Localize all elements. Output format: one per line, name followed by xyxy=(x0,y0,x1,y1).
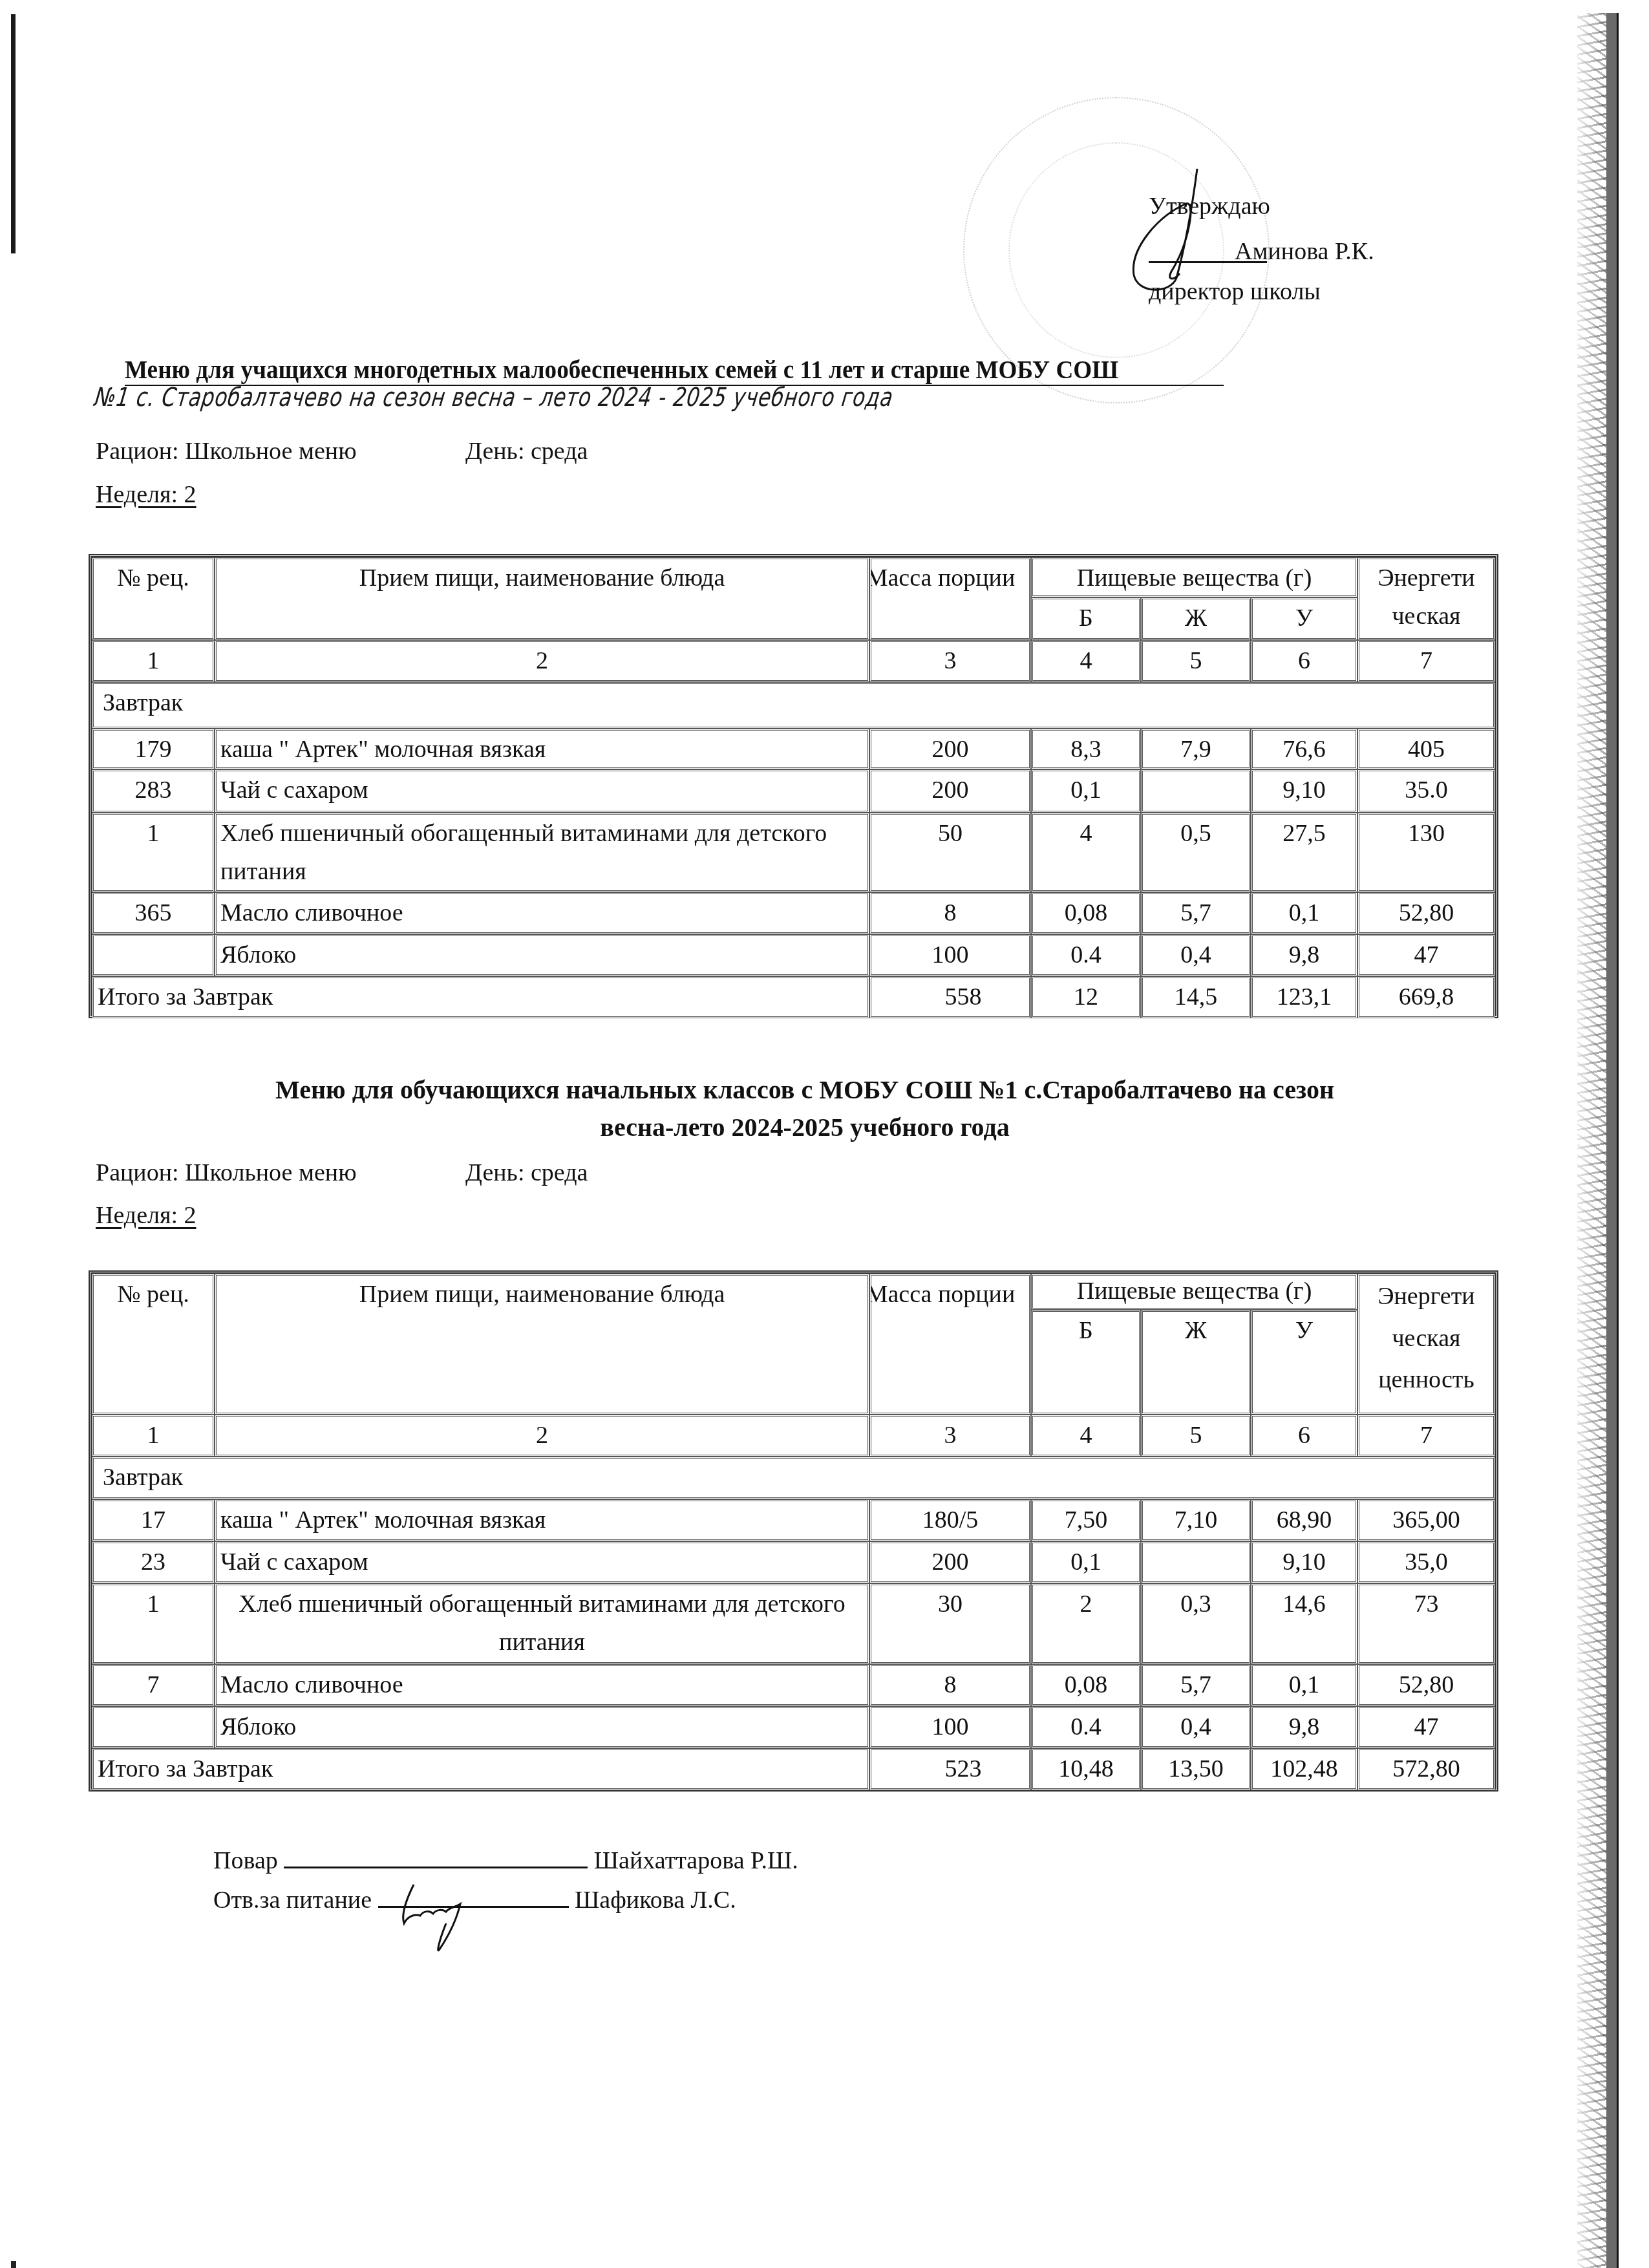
header-mass: Масса порции xyxy=(869,557,1031,640)
menu1-week: Неделя: 2 xyxy=(96,480,197,509)
cell-fat: 7,10 xyxy=(1141,1499,1251,1541)
scan-edge-left xyxy=(11,14,16,253)
header-nutrients: Пищевые вещества (г) xyxy=(1031,1274,1357,1310)
menu2-ration: Рацион: Школьное меню xyxy=(96,1159,357,1187)
cook-label: Повар xyxy=(213,1847,278,1874)
header-energy-line2: ческая xyxy=(1359,1318,1493,1360)
cell-fat: 0,3 xyxy=(1141,1583,1251,1664)
cell-mass: 8 xyxy=(869,892,1031,934)
header-carbs: У xyxy=(1251,597,1357,640)
cell-energy: 35,0 xyxy=(1357,1541,1495,1583)
cell-mass: 200 xyxy=(869,769,1031,813)
cell-dish: Яблоко xyxy=(215,1706,869,1748)
cook-signature-line xyxy=(284,1847,588,1868)
header-carbs: У xyxy=(1251,1310,1357,1415)
header-recipe-no: № рец. xyxy=(92,557,215,640)
cell-dish: Хлеб пшеничный обогащенный витаминами дл… xyxy=(215,1583,869,1664)
cell-recipe: 7 xyxy=(92,1664,215,1706)
col-number: 4 xyxy=(1031,640,1141,682)
col-number: 6 xyxy=(1251,1415,1357,1457)
cell-recipe xyxy=(92,1706,215,1748)
cell-dish: Чай с сахаром xyxy=(215,1541,869,1583)
col-number: 1 xyxy=(92,1415,215,1457)
cell-carbs: 0,1 xyxy=(1251,892,1357,934)
cell-recipe: 23 xyxy=(92,1541,215,1583)
header-recipe-no: № рец. xyxy=(92,1274,215,1415)
cell-recipe: 283 xyxy=(92,769,215,813)
cell-fat xyxy=(1141,769,1251,813)
total-carbs: 102,48 xyxy=(1251,1748,1357,1790)
cell-fat xyxy=(1141,1541,1251,1583)
header-nutrients: Пищевые вещества (г) xyxy=(1031,557,1357,597)
cell-carbs: 14,6 xyxy=(1251,1583,1357,1664)
cell-fat: 0,4 xyxy=(1141,934,1251,976)
cell-carbs: 9,8 xyxy=(1251,934,1357,976)
cell-protein: 0.4 xyxy=(1031,934,1141,976)
nutrition-name: Шафикова Л.С. xyxy=(575,1887,736,1914)
cell-dish: Масло сливочное xyxy=(215,892,869,934)
cell-protein: 2 xyxy=(1031,1583,1141,1664)
col-number: 2 xyxy=(215,640,869,682)
header-mass: Масса порции xyxy=(869,1274,1031,1415)
director-signature-icon xyxy=(1125,165,1215,301)
approval-name: Аминова Р.К. xyxy=(1235,239,1374,264)
menu1-ration: Рацион: Школьное меню xyxy=(96,437,357,465)
cell-protein: 8,3 xyxy=(1031,729,1141,769)
col-number: 1 xyxy=(92,640,215,682)
col-number: 5 xyxy=(1141,640,1251,682)
menu1-day: День: среда xyxy=(465,437,588,465)
menu2-title-line2: весна-лето 2024-2025 учебного года xyxy=(94,1112,1516,1142)
cell-carbs: 68,90 xyxy=(1251,1499,1357,1541)
col-number: 5 xyxy=(1141,1415,1251,1457)
section-breakfast: Завтрак xyxy=(92,682,1495,729)
cell-carbs: 76,6 xyxy=(1251,729,1357,769)
cell-recipe: 1 xyxy=(92,813,215,892)
cell-energy: 365,00 xyxy=(1357,1499,1495,1541)
col-number: 7 xyxy=(1357,1415,1495,1457)
cell-carbs: 9,10 xyxy=(1251,769,1357,813)
scan-mark xyxy=(11,2261,16,2268)
cell-mass: 200 xyxy=(869,1541,1031,1583)
col-number: 4 xyxy=(1031,1415,1141,1457)
header-energy: Энергети ческая xyxy=(1357,557,1495,640)
header-dish: Прием пищи, наименование блюда xyxy=(215,557,869,640)
cell-protein: 7,50 xyxy=(1031,1499,1141,1541)
cell-energy: 35.0 xyxy=(1357,769,1495,813)
cell-dish: Масло сливочное xyxy=(215,1664,869,1706)
cell-dish: Хлеб пшеничный обогащенный витаминами дл… xyxy=(215,813,869,892)
cell-energy: 52,80 xyxy=(1357,1664,1495,1706)
total-protein: 10,48 xyxy=(1031,1748,1141,1790)
col-number: 3 xyxy=(869,1415,1031,1457)
cell-dish: Чай с сахаром xyxy=(215,769,869,813)
cell-protein: 0,08 xyxy=(1031,1664,1141,1706)
cell-mass: 100 xyxy=(869,1706,1031,1748)
total-fat: 14,5 xyxy=(1141,976,1251,1018)
cell-carbs: 0,1 xyxy=(1251,1664,1357,1706)
cell-fat: 5,7 xyxy=(1141,892,1251,934)
menu2-table: № рец. Прием пищи, наименование блюда Ма… xyxy=(89,1270,1498,1792)
header-energy-line3: ценность xyxy=(1359,1359,1493,1401)
cell-recipe: 1 xyxy=(92,1583,215,1664)
cook-name: Шайхаттарова Р.Ш. xyxy=(594,1847,798,1874)
cell-energy: 405 xyxy=(1357,729,1495,769)
total-label: Итого за Завтрак xyxy=(92,976,869,1018)
total-mass: 558 xyxy=(869,976,1031,1018)
cell-carbs: 27,5 xyxy=(1251,813,1357,892)
cell-energy: 73 xyxy=(1357,1583,1495,1664)
header-energy-line1: Энергети xyxy=(1359,559,1493,597)
cell-dish: каша " Артек" молочная вязкая xyxy=(215,1499,869,1541)
menu2-title-line1: Меню для обучающихся начальных классов с… xyxy=(94,1075,1516,1105)
col-number: 3 xyxy=(869,640,1031,682)
cell-recipe: 365 xyxy=(92,892,215,934)
col-number: 2 xyxy=(215,1415,869,1457)
cell-mass: 200 xyxy=(869,729,1031,769)
cell-protein: 0,1 xyxy=(1031,769,1141,813)
cook-signature-row: Повар Шайхаттарова Р.Ш. xyxy=(213,1846,798,1875)
cell-mass: 30 xyxy=(869,1583,1031,1664)
total-fat: 13,50 xyxy=(1141,1748,1251,1790)
cell-protein: 0,08 xyxy=(1031,892,1141,934)
cell-mass: 50 xyxy=(869,813,1031,892)
cell-fat: 0,4 xyxy=(1141,1706,1251,1748)
total-label: Итого за Завтрак xyxy=(92,1748,869,1790)
cell-mass: 8 xyxy=(869,1664,1031,1706)
cell-energy: 52,80 xyxy=(1357,892,1495,934)
cell-energy: 47 xyxy=(1357,1706,1495,1748)
menu2-week: Неделя: 2 xyxy=(96,1201,197,1230)
cell-protein: 0.4 xyxy=(1031,1706,1141,1748)
cell-carbs: 9,8 xyxy=(1251,1706,1357,1748)
header-fat: Ж xyxy=(1141,597,1251,640)
menu2-day: День: среда xyxy=(465,1159,588,1187)
total-energy: 669,8 xyxy=(1357,976,1495,1018)
header-energy-line2: ческая xyxy=(1359,597,1493,636)
cell-protein: 4 xyxy=(1031,813,1141,892)
cell-fat: 5,7 xyxy=(1141,1664,1251,1706)
cell-fat: 0,5 xyxy=(1141,813,1251,892)
header-energy: Энергети ческая ценность xyxy=(1357,1274,1495,1415)
col-number: 6 xyxy=(1251,640,1357,682)
total-energy: 572,80 xyxy=(1357,1748,1495,1790)
menu1-table: № рец. Прием пищи, наименование блюда Ма… xyxy=(89,554,1498,1018)
col-number: 7 xyxy=(1357,640,1495,682)
total-carbs: 123,1 xyxy=(1251,976,1357,1018)
total-protein: 12 xyxy=(1031,976,1141,1018)
cell-protein: 0,1 xyxy=(1031,1541,1141,1583)
cell-dish: каша " Артек" молочная вязкая xyxy=(215,729,869,769)
cell-recipe: 179 xyxy=(92,729,215,769)
cell-energy: 47 xyxy=(1357,934,1495,976)
cell-recipe: 17 xyxy=(92,1499,215,1541)
cell-dish: Яблоко xyxy=(215,934,869,976)
cell-energy: 130 xyxy=(1357,813,1495,892)
section-breakfast: Завтрак xyxy=(92,1457,1495,1499)
cell-fat: 7,9 xyxy=(1141,729,1251,769)
scan-edge-right xyxy=(1606,13,1619,2268)
header-dish: Прием пищи, наименование блюда xyxy=(215,1274,869,1415)
cell-carbs: 9,10 xyxy=(1251,1541,1357,1583)
cell-recipe xyxy=(92,934,215,976)
menu1-title: Меню для учащихся многодетных малообеспе… xyxy=(125,354,1118,385)
total-mass: 523 xyxy=(869,1748,1031,1790)
header-protein: Б xyxy=(1031,597,1141,640)
menu1-handwritten-subtitle: №1 с. Старобалтачево на сезон весна – ле… xyxy=(93,383,895,412)
header-protein: Б xyxy=(1031,1310,1141,1415)
header-energy-line1: Энергети xyxy=(1359,1276,1493,1318)
cell-mass: 180/5 xyxy=(869,1499,1031,1541)
cell-mass: 100 xyxy=(869,934,1031,976)
header-fat: Ж xyxy=(1141,1310,1251,1415)
nutrition-signature-icon xyxy=(317,1878,485,1956)
